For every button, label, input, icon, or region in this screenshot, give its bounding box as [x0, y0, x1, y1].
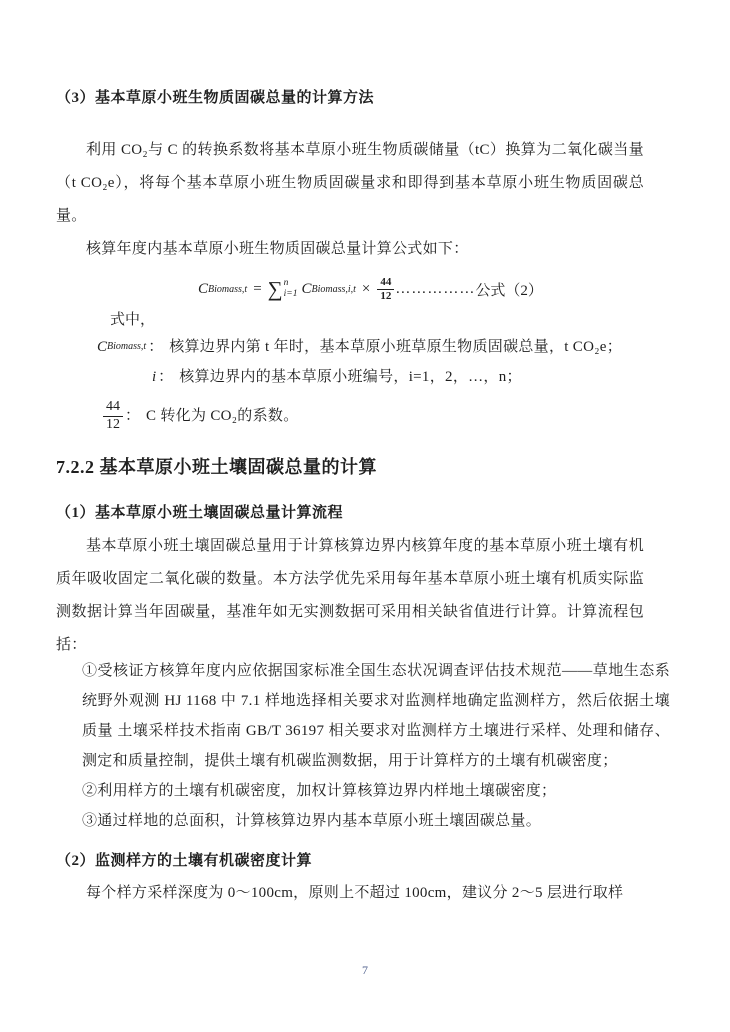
para-soil-overview: 基本草原小班土壤固碳总量用于计算核算边界内核算年度的基本草原小班土壤有机质年吸收…	[56, 530, 644, 662]
summation-lower-limit: i=1	[284, 289, 298, 300]
equals-sign: =	[253, 281, 261, 298]
formula-equation-2: CBiomass,t = ∑ n i=1 CBiomass,i,t × 44 1…	[198, 276, 644, 302]
formula-leader-dots: ……………	[395, 281, 475, 298]
summation-limits: n i=1	[284, 278, 298, 300]
formula-label: 公式（2）	[475, 279, 543, 300]
definition-colon: ：	[158, 362, 173, 392]
formula-lhs-subscript: Biomass,t	[208, 284, 247, 295]
formula-rhs-variable: C	[301, 281, 311, 298]
heading-section-7-2-2: 7.2.2 基本草原小班土壤固碳总量的计算	[56, 454, 644, 480]
definition-term-subscript: Biomass,t	[107, 332, 146, 362]
document-page: （3）基本草原小班生物质固碳总量的计算方法 利用 CO₂与 C 的转换系数将基本…	[0, 0, 730, 1032]
definition-fraction-44-12: 44 12 ： C 转化为 CO₂的系数。	[56, 392, 644, 440]
definition-term-variable: i	[152, 362, 156, 392]
definition-text: 核算边界内的基本草原小班编号，i=1，2，…，n；	[179, 362, 522, 392]
fraction-44-12: 44 12	[103, 399, 123, 434]
fraction-44-12: 44 12	[377, 276, 394, 302]
para-co2-conversion: 利用 CO₂与 C 的转换系数将基本草原小班生物质碳储量（tC）换算为二氧化碳当…	[56, 134, 644, 233]
calculation-steps: ①受核证方核算年度内应依据国家标准全国生态状况调查评估技术规范——草地生态系统野…	[82, 656, 670, 836]
para-formula-intro: 核算年度内基本草原小班生物质固碳总量计算公式如下：	[56, 233, 644, 266]
heading-soil-calc-flow: （1）基本草原小班土壤固碳总量计算流程	[56, 502, 644, 524]
definition-colon: ：	[125, 401, 140, 431]
formula-lhs-variable: C	[198, 281, 208, 298]
fraction-denominator: 12	[103, 417, 123, 434]
multiply-sign: ×	[362, 281, 370, 298]
where-label: 式中，	[56, 308, 644, 332]
definition-text: 核算边界内第 t 年时，基本草原小班草原生物质固碳总量，t CO₂e；	[169, 332, 622, 362]
step-item-2: ②利用样方的土壤有机碳密度，加权计算核算边界内样地土壤碳密度；	[82, 776, 670, 806]
definition-term-variable: C	[97, 332, 107, 362]
definition-index-i: i ： 核算边界内的基本草原小班编号，i=1，2，…，n；	[56, 362, 644, 392]
step-item-1: ①受核证方核算年度内应依据国家标准全国生态状况调查评估技术规范——草地生态系统野…	[82, 656, 670, 776]
summation-icon: ∑	[268, 279, 283, 300]
heading-biomass-total-method: （3）基本草原小班生物质固碳总量的计算方法	[56, 88, 644, 108]
page-number: 7	[0, 963, 730, 978]
definition-text: C 转化为 CO₂的系数。	[146, 401, 298, 431]
formula-rhs-subscript: Biomass,i,t	[311, 284, 355, 295]
definition-c-biomass: CBiomass,t ： 核算边界内第 t 年时，基本草原小班草原生物质固碳总量…	[56, 332, 644, 362]
fraction-denominator: 12	[377, 290, 394, 303]
page-content: （3）基本草原小班生物质固碳总量的计算方法 利用 CO₂与 C 的转换系数将基本…	[56, 88, 644, 909]
fraction-numerator: 44	[103, 399, 123, 417]
summation-upper-limit: n	[284, 278, 298, 289]
heading-soil-carbon-density: （2）监测样方的土壤有机碳密度计算	[56, 850, 644, 872]
fraction-numerator: 44	[377, 276, 394, 290]
definition-colon: ：	[148, 332, 163, 362]
para-sampling-depth: 每个样方采样深度为 0～100cm，原则上不超过 100cm，建议分 2～5 层…	[56, 878, 644, 909]
step-item-3: ③通过样地的总面积，计算核算边界内基本草原小班土壤固碳总量。	[82, 806, 670, 836]
